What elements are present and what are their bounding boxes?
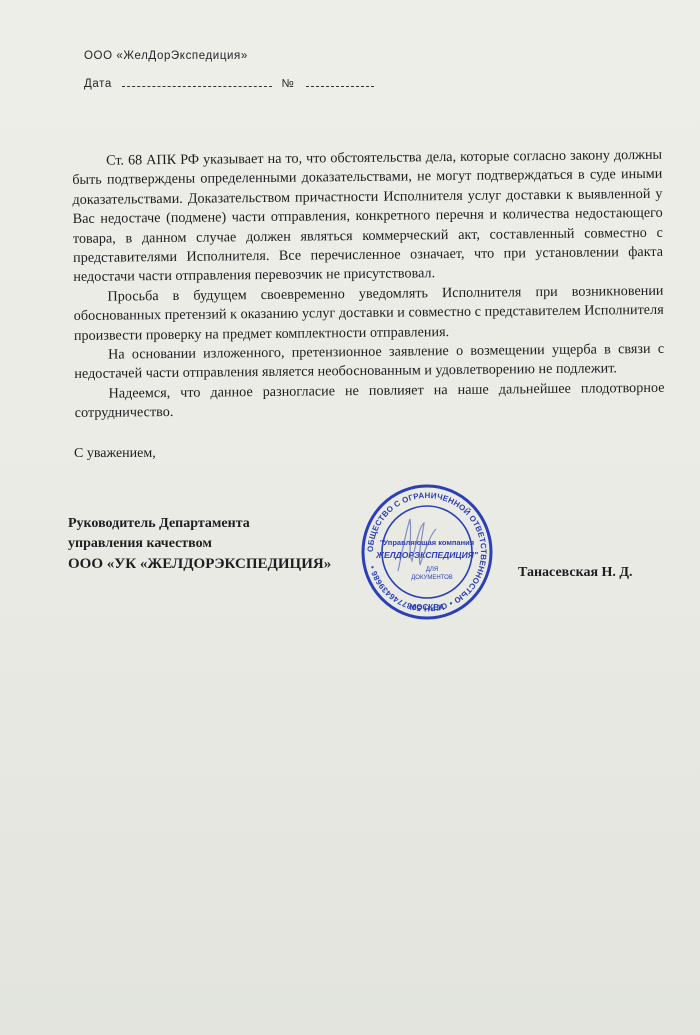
svg-text:ЖЕЛДОРЭКСПЕДИЦИЯ": ЖЕЛДОРЭКСПЕДИЦИЯ": [375, 550, 479, 560]
signer-title-line1: Руководитель Департамента: [68, 514, 331, 534]
date-blank: [122, 78, 272, 87]
paragraph: Ст. 68 АПК РФ указывает на то, что обсто…: [72, 146, 663, 288]
closing: С уважением,: [74, 446, 156, 462]
paragraph: Просьба в будущем своевременно уведомлят…: [73, 282, 664, 346]
letter-body: Ст. 68 АПК РФ указывает на то, что обсто…: [72, 146, 665, 424]
svg-text:ДЛЯ: ДЛЯ: [426, 567, 438, 573]
svg-text:ДОКУМЕНТОВ: ДОКУМЕНТОВ: [411, 575, 453, 581]
paragraph: На основании изложенного, претензионное …: [74, 340, 664, 385]
signer-title-line2: управления качеством: [68, 534, 331, 554]
letter-page: ООО «ЖелДорЭкспедиция» Дата № Ст. 68 АПК…: [0, 0, 700, 1035]
signer-name: Танасевская Н. Д.: [518, 565, 633, 581]
signature-block: Руководитель Департамента управления кач…: [68, 514, 331, 574]
number-blank: [306, 78, 374, 87]
date-number-line: Дата №: [84, 78, 374, 90]
signer-organization: ООО «УК «ЖЕЛДОРЭКСПЕДИЦИЯ»: [68, 554, 331, 574]
date-label: Дата: [84, 78, 112, 90]
number-label: №: [281, 78, 294, 90]
paragraph: Надеемся, что данное разногласие не повл…: [74, 379, 664, 424]
company-stamp-icon: ОБЩЕСТВО С ОГРАНИЧЕННОЙ ОТВЕТСТВЕННОСТЬЮ…: [360, 483, 494, 621]
sender-company: ООО «ЖелДорЭкспедиция»: [84, 50, 248, 62]
svg-text:МОСКВА: МОСКВА: [410, 603, 445, 612]
